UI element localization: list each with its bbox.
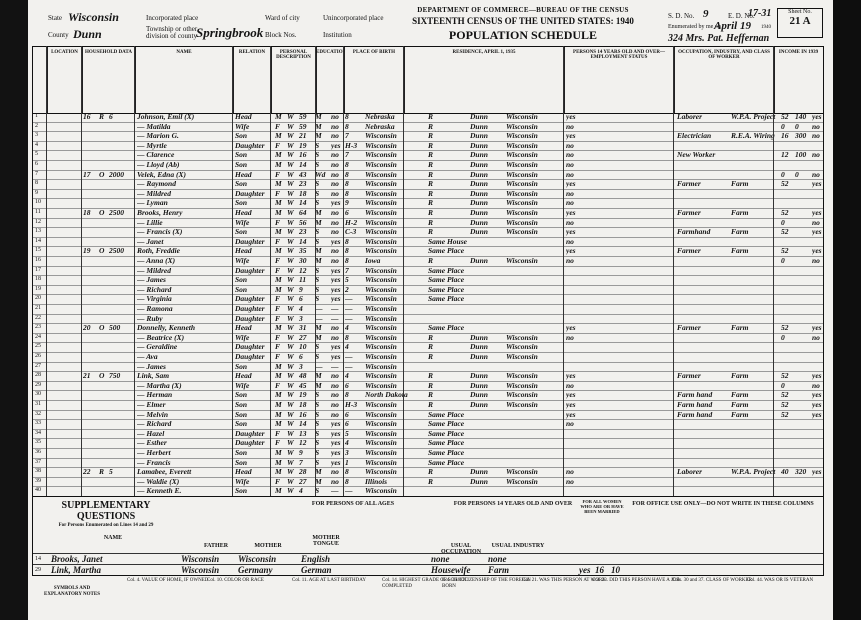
cell-industry xyxy=(731,294,779,304)
cell-weeks xyxy=(781,362,795,372)
cell-weeks: 12 xyxy=(781,150,795,160)
cell-birthplace: Wisconsin xyxy=(365,294,423,304)
cell-sex: M xyxy=(275,467,285,477)
cell-occupation: Laborer xyxy=(677,112,729,122)
cell-marital: S xyxy=(315,486,329,496)
cell-relation: Daughter xyxy=(235,294,271,304)
cell-occupation xyxy=(677,448,729,458)
cell-weeks xyxy=(781,198,795,208)
cell-wages xyxy=(795,342,811,352)
cell-work: no xyxy=(566,150,580,160)
cell-relation: Son xyxy=(235,160,271,170)
cell-birthplace: Wisconsin xyxy=(365,400,423,410)
cell-marital: M xyxy=(315,256,329,266)
cell-wages xyxy=(795,227,811,237)
cell-house xyxy=(83,227,99,237)
ward-label: Ward of city xyxy=(265,14,300,22)
cell-house xyxy=(83,122,99,132)
cell-weeks: 16 xyxy=(781,131,795,141)
cell-res-1935: Same Place xyxy=(428,275,468,285)
cell-res-county: Dunn xyxy=(470,208,504,218)
cell-relation: Son xyxy=(235,448,271,458)
cell-name: — Esther xyxy=(137,438,233,448)
cell-value: 6 xyxy=(109,112,133,122)
cell-relation: Daughter xyxy=(235,314,271,324)
cell-house xyxy=(83,256,99,266)
cell-industry: Farm xyxy=(731,390,779,400)
cell-weeks: 0 xyxy=(781,122,795,132)
cell-res-county xyxy=(470,429,504,439)
institution-label: Institution xyxy=(323,31,352,39)
cell-industry xyxy=(731,150,779,160)
cell-occupation xyxy=(677,198,729,208)
cell-value xyxy=(109,362,133,372)
cell-race: W xyxy=(287,170,297,180)
cell-work xyxy=(566,448,580,458)
cell-work: yes xyxy=(566,410,580,420)
cell-occupation xyxy=(677,141,729,151)
cell-age: 59 xyxy=(299,112,313,122)
cell-occupation xyxy=(677,477,729,487)
cell-relation: Daughter xyxy=(235,352,271,362)
cell-name: Donnelly, Kenneth xyxy=(137,323,233,333)
cell-weeks: 52 xyxy=(781,246,795,256)
cell-grade: 3 xyxy=(345,448,361,458)
cell-res-state: Wisconsin xyxy=(506,208,548,218)
cell-birthplace: Iowa xyxy=(365,256,423,266)
cell-age: 43 xyxy=(299,170,313,180)
cell-sex: F xyxy=(275,352,285,362)
census-table: 116R6Johnson, Emil (X)HeadMW59Mno8Nebras… xyxy=(32,112,824,496)
cell-marital: M xyxy=(315,208,329,218)
cell-relation: Son xyxy=(235,400,271,410)
cell-res-county: Dunn xyxy=(470,218,504,228)
cell-weeks xyxy=(781,160,795,170)
cell-age: 16 xyxy=(299,150,313,160)
cell-house xyxy=(83,314,99,324)
cell-wages xyxy=(795,438,811,448)
cell-wages xyxy=(795,266,811,276)
cell-marital: S xyxy=(315,448,329,458)
cell-weeks xyxy=(781,294,795,304)
cell-age: 9 xyxy=(299,285,313,295)
cell-industry: Farm xyxy=(731,227,779,237)
cell-race: W xyxy=(287,237,297,247)
cell-relation: Son xyxy=(235,275,271,285)
cell-occupation: Farmhand xyxy=(677,227,729,237)
cell-weeks xyxy=(781,429,795,439)
column-rule xyxy=(134,46,135,496)
cell-grade: 8 xyxy=(345,160,361,170)
supp-col-name: NAME xyxy=(73,535,153,541)
cell-tenure xyxy=(99,189,109,199)
cell-house xyxy=(83,429,99,439)
cell-grade: 1 xyxy=(345,458,361,468)
cell-value xyxy=(109,429,133,439)
cell-res-state: Wisconsin xyxy=(506,160,548,170)
cell-grade: H-3 xyxy=(345,400,361,410)
cell-tenure xyxy=(99,486,109,496)
cell-name: — Virginia xyxy=(137,294,233,304)
cell-value xyxy=(109,458,133,468)
cell-tenure xyxy=(99,362,109,372)
cell-age: 12 xyxy=(299,266,313,276)
cell-relation: Wife xyxy=(235,477,271,487)
cell-race: W xyxy=(287,189,297,199)
cell-grade: 8 xyxy=(345,122,361,132)
cell-grade: — xyxy=(345,362,361,372)
cell-res-state xyxy=(506,304,548,314)
cell-occupation: Farmer xyxy=(677,246,729,256)
cell-res-1935: Same Place xyxy=(428,294,468,304)
cell-age: 16 xyxy=(299,410,313,420)
cell-res-state xyxy=(506,323,548,333)
cell-marital: S xyxy=(315,198,329,208)
cell-tenure xyxy=(99,429,109,439)
cell-birthplace: Nebraska xyxy=(365,122,423,132)
cell-work: no xyxy=(566,198,580,208)
cell-industry xyxy=(731,218,779,228)
cell-res-county xyxy=(470,448,504,458)
cell-work: no xyxy=(566,160,580,170)
cell-work xyxy=(566,314,580,324)
cell-res-state xyxy=(506,275,548,285)
cell-res-1935: R xyxy=(428,218,468,228)
cell-marital: M xyxy=(315,246,329,256)
cell-work: no xyxy=(566,419,580,429)
cell-value: 2500 xyxy=(109,208,133,218)
cell-value xyxy=(109,448,133,458)
cell-house xyxy=(83,141,99,151)
cell-race: W xyxy=(287,371,297,381)
cell-relation: Head xyxy=(235,467,271,477)
cell-res-state: Wisconsin xyxy=(506,198,548,208)
cell-res-1935 xyxy=(428,362,468,372)
cell-res-state xyxy=(506,410,548,420)
cell-industry xyxy=(731,198,779,208)
cell-name: — Richard xyxy=(137,285,233,295)
cell-age: 31 xyxy=(299,323,313,333)
cell-occupation: New Worker xyxy=(677,150,729,160)
col-group-employment: PERSONS 14 YEARS OLD AND OVER—EMPLOYMENT… xyxy=(564,47,675,113)
cell-value xyxy=(109,352,133,362)
cell-tenure: R xyxy=(99,112,109,122)
cell-res-1935: Same Place xyxy=(428,419,468,429)
cell-tenure xyxy=(99,131,109,141)
cell-occupation xyxy=(677,170,729,180)
cell-race: W xyxy=(287,362,297,372)
cell-tenure: O xyxy=(99,371,109,381)
cell-tenure xyxy=(99,438,109,448)
cell-house: 20 xyxy=(83,323,99,333)
cell-relation: Head xyxy=(235,323,271,333)
cell-birthplace: Wisconsin xyxy=(365,141,423,151)
cell-wages xyxy=(795,323,811,333)
state-label: State xyxy=(48,14,62,22)
supp-col-industry: USUAL INDUSTRY xyxy=(488,543,548,549)
cell-birthplace: Wisconsin xyxy=(365,410,423,420)
cell-res-county: Dunn xyxy=(470,198,504,208)
cell-name: — Myrtle xyxy=(137,141,233,151)
enumerator-name: 324 Mrs. Pat. Heffernan xyxy=(668,33,769,44)
cell-age: 64 xyxy=(299,208,313,218)
cell-tenure xyxy=(99,285,109,295)
col-group-income: INCOME IN 1939 xyxy=(774,47,823,113)
unincorporated-label: Unincorporated place xyxy=(323,14,383,22)
cell-birthplace: Wisconsin xyxy=(365,333,423,343)
cell-race: W xyxy=(287,477,297,487)
cell-value xyxy=(109,266,133,276)
cell-work xyxy=(566,429,580,439)
cell-other-income xyxy=(812,160,824,170)
cell-tenure xyxy=(99,141,109,151)
cell-other-income: yes xyxy=(812,410,824,420)
cell-res-county: Dunn xyxy=(470,381,504,391)
cell-weeks xyxy=(781,419,795,429)
cell-birthplace: Wisconsin xyxy=(365,150,423,160)
cell-other-income xyxy=(812,314,824,324)
cell-value xyxy=(109,141,133,151)
cell-other-income: no xyxy=(812,131,824,141)
cell-sex: M xyxy=(275,179,285,189)
cell-house xyxy=(83,179,99,189)
cell-work: no xyxy=(566,237,580,247)
supp-cell-line: 29 xyxy=(35,565,47,576)
cell-res-state xyxy=(506,448,548,458)
cell-res-1935: Same Place xyxy=(428,448,468,458)
cell-birthplace: Wisconsin xyxy=(365,275,423,285)
cell-sex: M xyxy=(275,458,285,468)
cell-grade: — xyxy=(345,314,361,324)
cell-marital: S xyxy=(315,150,329,160)
cell-tenure xyxy=(99,256,109,266)
cell-name: — Lyman xyxy=(137,198,233,208)
cell-birthplace: Wisconsin xyxy=(365,131,423,141)
cell-res-1935: R xyxy=(428,467,468,477)
cell-relation: Wife xyxy=(235,381,271,391)
cell-race: W xyxy=(287,323,297,333)
cell-sex: M xyxy=(275,112,285,122)
cell-work: no xyxy=(566,170,580,180)
cell-age: 14 xyxy=(299,198,313,208)
cell-house xyxy=(83,333,99,343)
cell-age: 13 xyxy=(299,429,313,439)
cell-age: 23 xyxy=(299,227,313,237)
county-label: County xyxy=(48,31,69,39)
cell-weeks: 52 xyxy=(781,400,795,410)
cell-value xyxy=(109,218,133,228)
cell-tenure xyxy=(99,275,109,285)
cell-wages: 0 xyxy=(795,170,811,180)
cell-industry xyxy=(731,477,779,487)
cell-work: no xyxy=(566,122,580,132)
cell-grade: 6 xyxy=(345,208,361,218)
cell-sex: F xyxy=(275,170,285,180)
cell-occupation xyxy=(677,429,729,439)
cell-res-state: Wisconsin xyxy=(506,227,548,237)
cell-occupation: Farmer xyxy=(677,208,729,218)
cell-other-income: no xyxy=(812,150,824,160)
cell-value xyxy=(109,314,133,324)
cell-res-county xyxy=(470,419,504,429)
cell-marital: M xyxy=(315,218,329,228)
cell-relation: Head xyxy=(235,208,271,218)
enumerated-year: 1940 xyxy=(761,25,771,30)
cell-age: 59 xyxy=(299,122,313,132)
cell-res-county xyxy=(470,266,504,276)
cell-res-1935: R xyxy=(428,352,468,362)
cell-tenure xyxy=(99,304,109,314)
cell-marital: S xyxy=(315,275,329,285)
cell-sex: F xyxy=(275,429,285,439)
cell-birthplace: Wisconsin xyxy=(365,237,423,247)
cell-relation: Daughter xyxy=(235,237,271,247)
cell-birthplace: Wisconsin xyxy=(365,285,423,295)
cell-grade: 4 xyxy=(345,342,361,352)
cell-value xyxy=(109,390,133,400)
cell-race: W xyxy=(287,112,297,122)
cell-res-county: Dunn xyxy=(470,160,504,170)
cell-name: — James xyxy=(137,275,233,285)
cell-value xyxy=(109,342,133,352)
cell-work: no xyxy=(566,333,580,343)
cell-occupation xyxy=(677,304,729,314)
cell-birthplace: Wisconsin xyxy=(365,352,423,362)
cell-tenure xyxy=(99,333,109,343)
cell-weeks xyxy=(781,477,795,487)
cell-res-state xyxy=(506,314,548,324)
cell-res-1935: R xyxy=(428,342,468,352)
cell-marital: M xyxy=(315,112,329,122)
supp-col-tongue: MOTHER TONGUE xyxy=(301,535,351,547)
cell-sex: F xyxy=(275,304,285,314)
cell-work: yes xyxy=(566,323,580,333)
cell-res-county xyxy=(470,323,504,333)
cell-house: 16 xyxy=(83,112,99,122)
cell-age: 19 xyxy=(299,390,313,400)
column-rule xyxy=(46,46,47,496)
cell-marital: — xyxy=(315,314,329,324)
col-group-residence-1935: RESIDENCE, APRIL 1, 1935 xyxy=(404,47,565,113)
cell-age: 18 xyxy=(299,189,313,199)
cell-name: — Clarence xyxy=(137,150,233,160)
cell-race: W xyxy=(287,227,297,237)
cell-grade: 6 xyxy=(345,410,361,420)
cell-relation: Head xyxy=(235,112,271,122)
cell-birthplace: Wisconsin xyxy=(365,419,423,429)
cell-relation: Daughter xyxy=(235,342,271,352)
cell-tenure xyxy=(99,419,109,429)
cell-weeks xyxy=(781,458,795,468)
column-rule xyxy=(403,46,404,496)
cell-relation: Son xyxy=(235,362,271,372)
cell-name: — Herman xyxy=(137,390,233,400)
cell-name: Johnson, Emil (X) xyxy=(137,112,233,122)
cell-other-income xyxy=(812,237,824,247)
cell-name: Brooks, Henry xyxy=(137,208,233,218)
cell-house xyxy=(83,198,99,208)
cell-industry xyxy=(731,352,779,362)
cell-work: yes xyxy=(566,208,580,218)
supp-cell-name: Link, Martha xyxy=(51,565,171,576)
cell-res-county: Dunn xyxy=(470,477,504,487)
cell-relation: Son xyxy=(235,390,271,400)
cell-res-1935: R xyxy=(428,208,468,218)
cell-name: — Mildred xyxy=(137,189,233,199)
cell-relation: Son xyxy=(235,179,271,189)
cell-relation: Son xyxy=(235,285,271,295)
cell-birthplace: Wisconsin xyxy=(365,170,423,180)
cell-relation: Head xyxy=(235,246,271,256)
cell-wages xyxy=(795,400,811,410)
cell-age: 28 xyxy=(299,467,313,477)
cell-marital: M xyxy=(315,381,329,391)
cell-birthplace: Wisconsin xyxy=(365,381,423,391)
block-label: Block Nos. xyxy=(265,31,297,39)
cell-sex: F xyxy=(275,333,285,343)
cell-res-county: Dunn xyxy=(470,150,504,160)
sd-value: 9 xyxy=(703,8,709,20)
cell-weeks xyxy=(781,266,795,276)
cell-tenure xyxy=(99,179,109,189)
cell-tenure xyxy=(99,218,109,228)
cell-other-income: yes xyxy=(812,323,824,333)
cell-grade: 8 xyxy=(345,112,361,122)
cell-grade: C-3 xyxy=(345,227,361,237)
cell-birthplace: Wisconsin xyxy=(365,448,423,458)
cell-sex: M xyxy=(275,419,285,429)
department: DEPARTMENT OF COMMERCE—BUREAU OF THE CEN… xyxy=(393,6,653,14)
sheet-number: 21 A xyxy=(778,15,822,27)
cell-other-income: yes xyxy=(812,371,824,381)
cell-value xyxy=(109,285,133,295)
cell-grade: 6 xyxy=(345,419,361,429)
cell-grade: 8 xyxy=(345,170,361,180)
cell-race: W xyxy=(287,400,297,410)
cell-res-state: Wisconsin xyxy=(506,352,548,362)
cell-res-state: Wisconsin xyxy=(506,218,548,228)
cell-grade: 2 xyxy=(345,285,361,295)
cell-house: 22 xyxy=(83,467,99,477)
cell-grade: 8 xyxy=(345,333,361,343)
cell-res-county: Dunn xyxy=(470,333,504,343)
cell-tenure xyxy=(99,266,109,276)
cell-res-county: Dunn xyxy=(470,227,504,237)
cell-tenure xyxy=(99,390,109,400)
cell-weeks: 0 xyxy=(781,256,795,266)
cell-wages xyxy=(795,179,811,189)
cell-res-county: Dunn xyxy=(470,400,504,410)
cell-industry xyxy=(731,362,779,372)
cell-grade: — xyxy=(345,294,361,304)
cell-wages xyxy=(795,381,811,391)
cell-res-state: Wisconsin xyxy=(506,256,548,266)
cell-race: W xyxy=(287,275,297,285)
cell-marital: S xyxy=(315,400,329,410)
cell-birthplace: Wisconsin xyxy=(365,160,423,170)
cell-marital: S xyxy=(315,294,329,304)
census-title: SIXTEENTH CENSUS OF THE UNITED STATES: 1… xyxy=(393,16,653,26)
cell-res-1935: Same Place xyxy=(428,458,468,468)
cell-marital: S xyxy=(315,352,329,362)
cell-industry xyxy=(731,429,779,439)
cell-grade: 4 xyxy=(345,323,361,333)
cell-industry xyxy=(731,237,779,247)
cell-res-county: Dunn xyxy=(470,170,504,180)
cell-grade: 7 xyxy=(345,150,361,160)
note-age: Col. 11. AGE AT LAST BIRTHDAY xyxy=(292,578,382,584)
cell-sex: M xyxy=(275,131,285,141)
